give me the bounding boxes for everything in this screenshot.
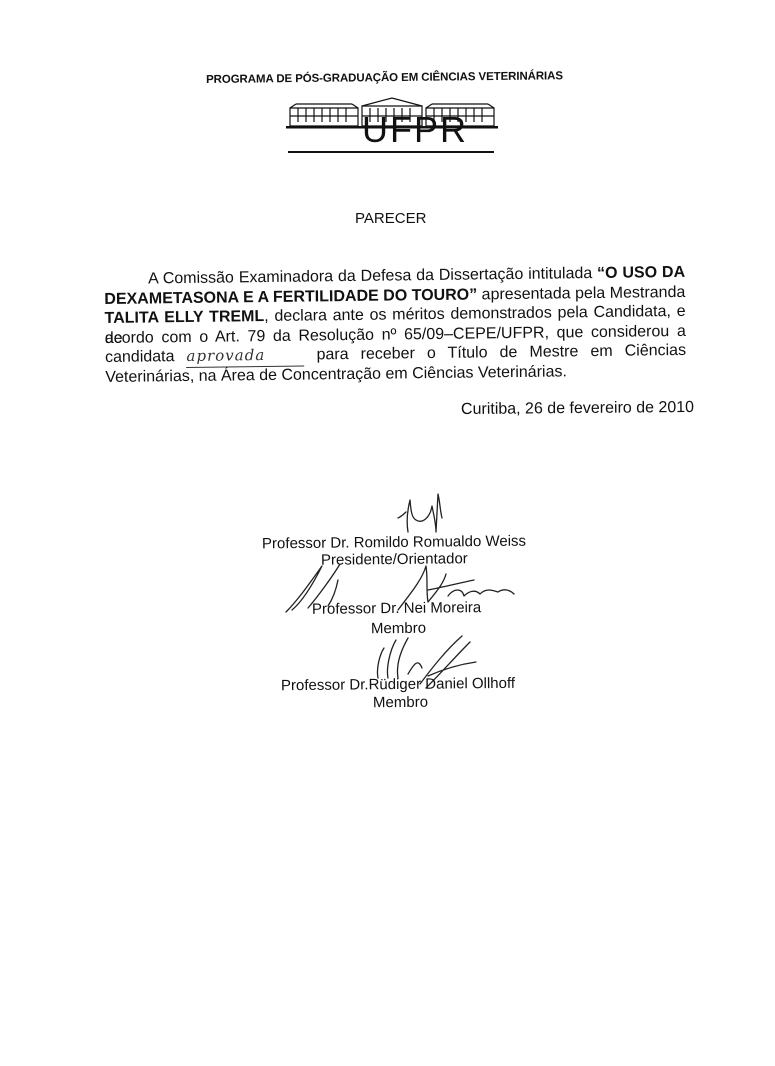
logo-text: UFPR [362,112,468,148]
date-place: Curitiba, 26 de fevereiro de 2010 [461,399,694,419]
opinion-paragraph: A Comissão Examinadora da Defesa da Diss… [104,263,686,388]
signatory-name-1: Professor Dr. Romildo Romualdo Weiss [262,533,526,553]
thesis-title-start: “O USO DA [597,264,685,282]
ufpr-logo: UFPR [286,94,498,154]
signatory-name-3: Professor Dr.Rüdiger Daniel Ollhoff [281,675,515,694]
text: para receber o Título de Mestre em Ciênc… [316,342,686,364]
text: apresentada pela Mestranda [482,283,686,302]
document-title: PARECER [355,210,426,227]
handwritten-result: aprovada [186,346,304,368]
text: candidata [105,349,175,367]
signatory-name-2: Professor Dr. Nei Moreira [312,599,481,618]
program-header: PROGRAMA DE PÓS-GRADUAÇÃO EM CIÊNCIAS VE… [206,70,563,86]
candidate-name: TALITA ELLY TREML [104,308,264,327]
signatory-role-3: Membro [373,694,428,712]
